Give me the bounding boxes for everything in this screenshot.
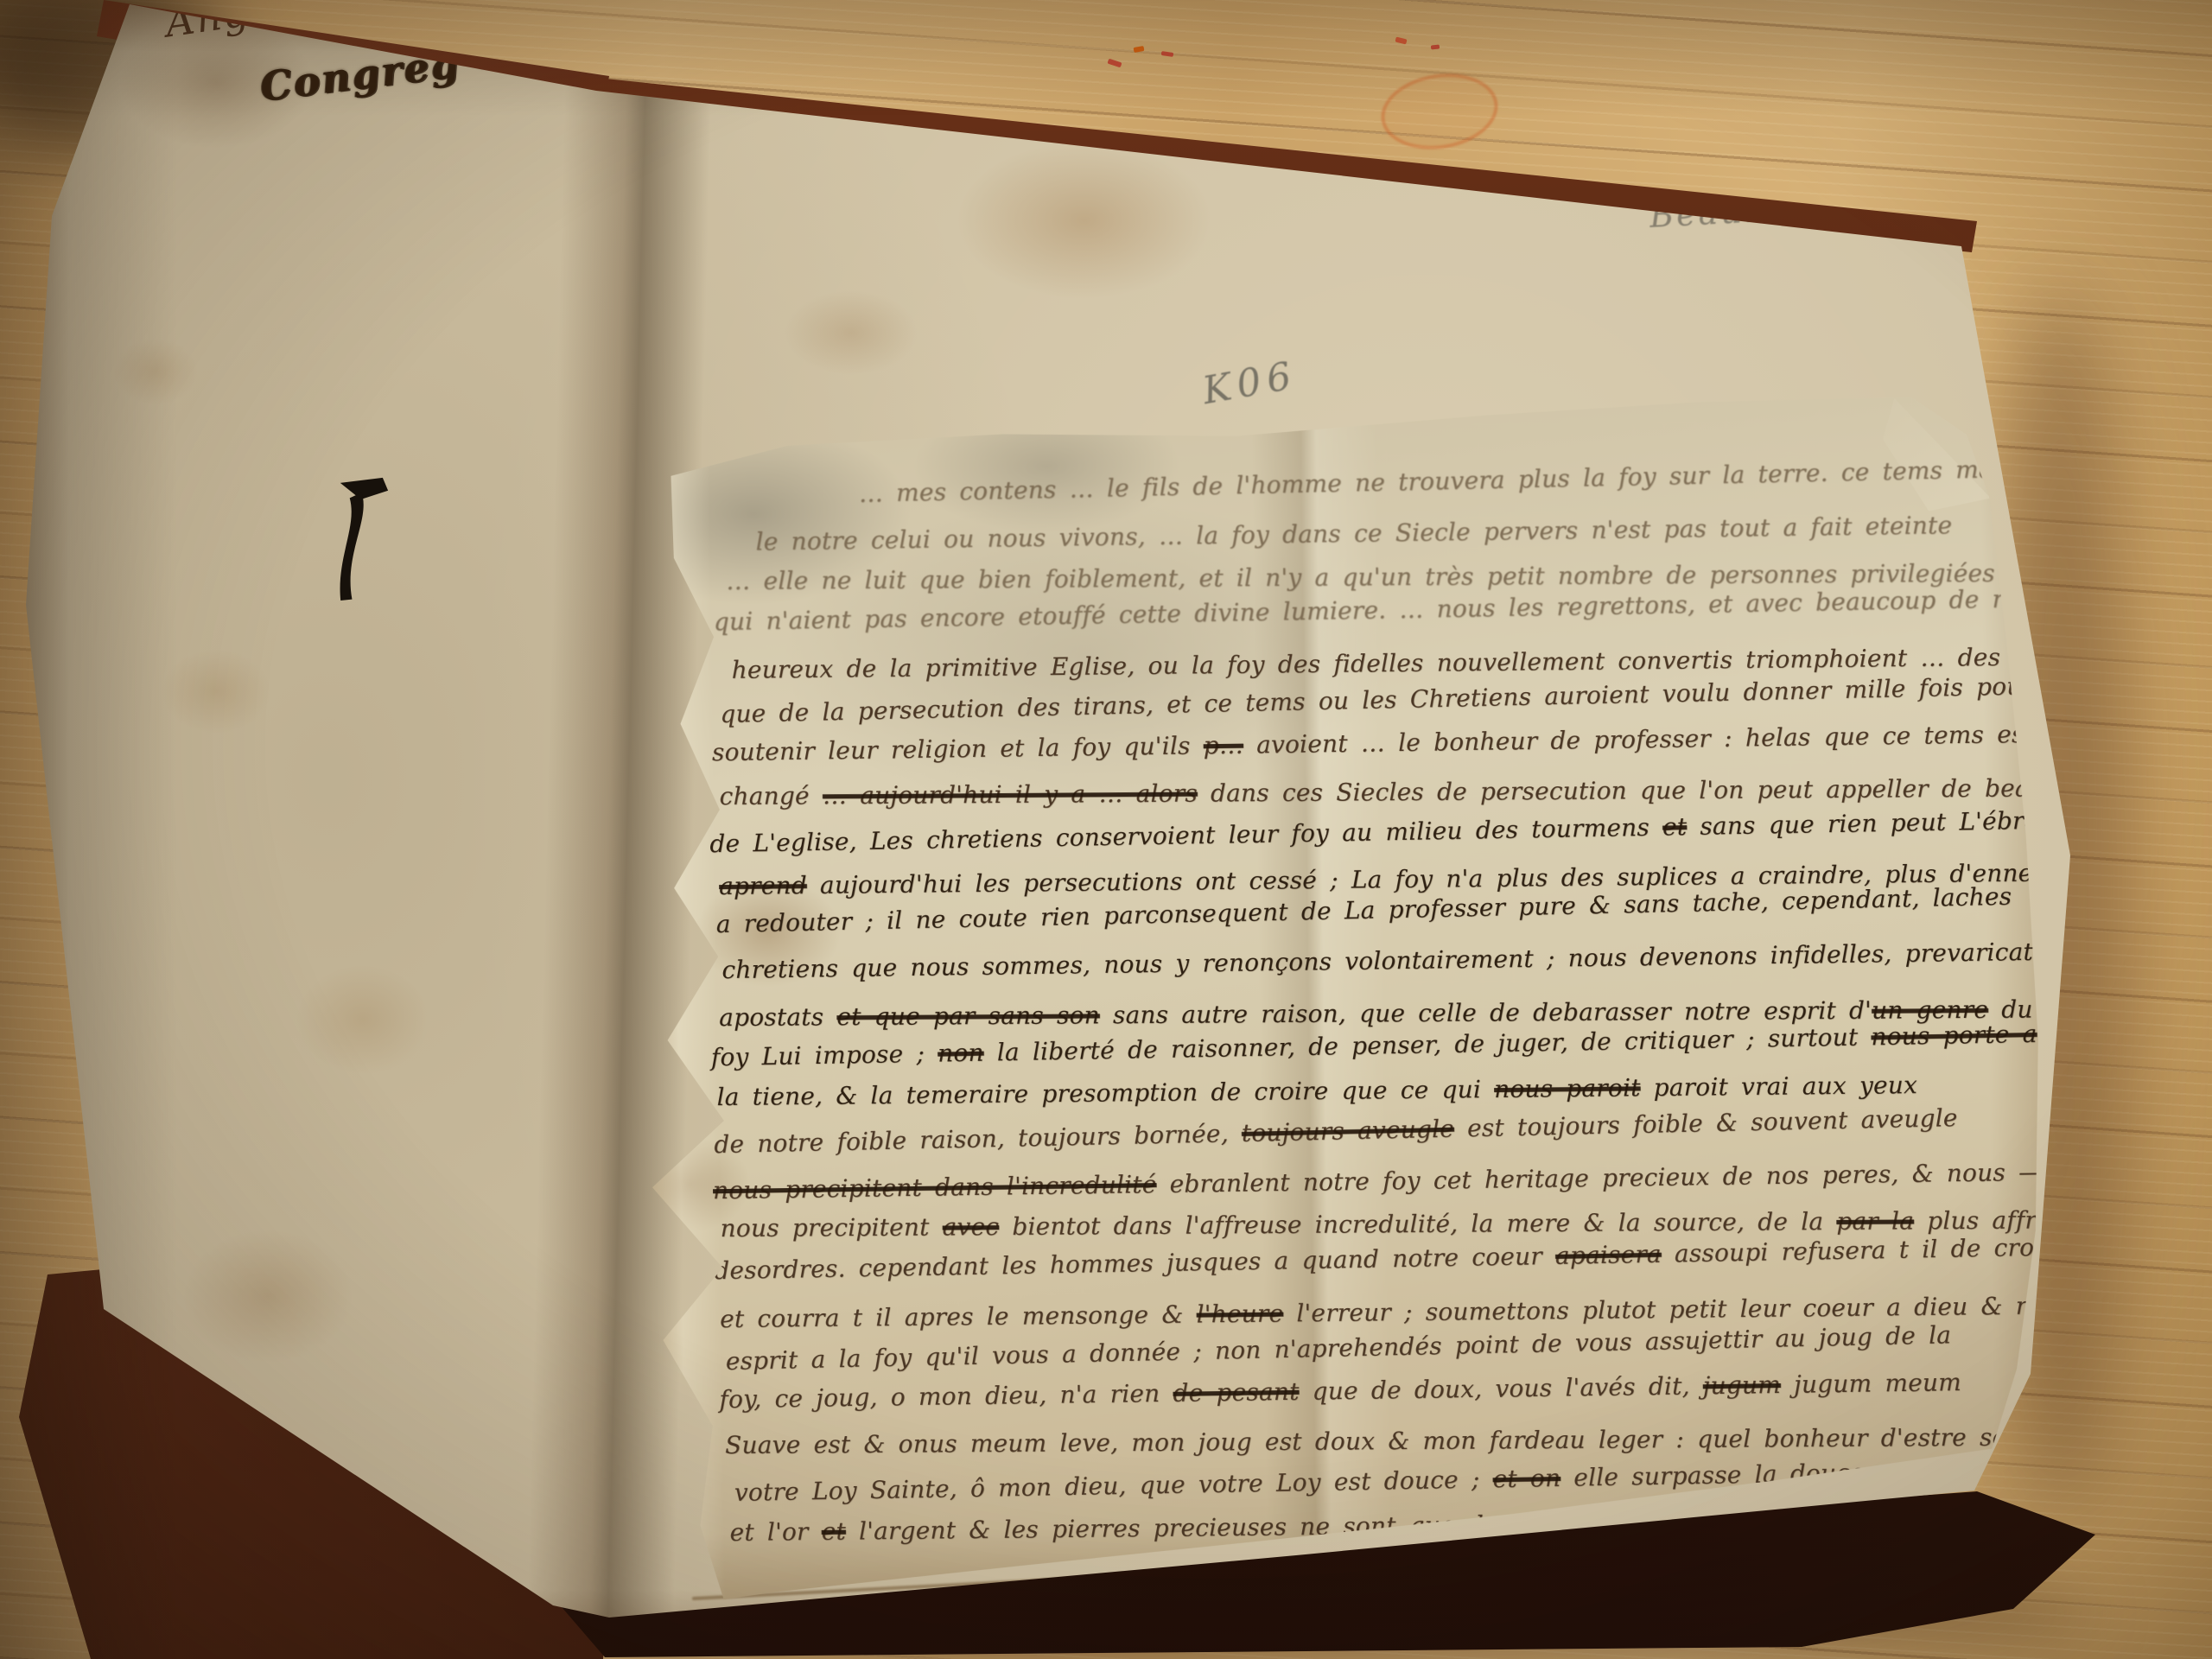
manuscript-line: Suave est & onus meum leve, mon joug est… (725, 1422, 2073, 1459)
manuscript-line: nous precipitent dans l'incredulité ebra… (713, 1157, 2044, 1204)
manuscript-line: de L'eglise, Les chretiens conservoient … (709, 805, 2088, 858)
manuscript-text: … mes contens … le fils de l'homme ne tr… (703, 464, 1989, 1605)
manuscript-line: le notre celui ou nous vivons, … la foy … (755, 511, 1952, 556)
photo-scene: Angelique Aimé C.es Religieuse Congreg =… (0, 0, 2212, 1659)
manuscript-line: changé … aujourd'hui il y a … alors dans… (720, 772, 2160, 810)
manuscript-line: soutenir leur religion et la foy qu'ils … (712, 719, 2101, 766)
manuscript-sheet: … mes contens … le fils de l'homme ne tr… (631, 384, 2056, 1613)
crayon-mark (1431, 44, 1440, 49)
ink-blot-mark (322, 471, 395, 608)
manuscript-line: chretiens que nous sommes, nous y renonç… (721, 937, 2088, 984)
manuscript-line: de notre foible raison, toujours bornée,… (714, 1103, 1958, 1159)
shelf-mark: K06 (1199, 353, 1300, 413)
manuscript-line: foy, ce joug, o mon dieu, n'a rien de pe… (719, 1368, 1961, 1414)
book-gutter (527, 59, 712, 1626)
manuscript-line: la tiene, & la temeraire presomption de … (716, 1071, 1917, 1111)
